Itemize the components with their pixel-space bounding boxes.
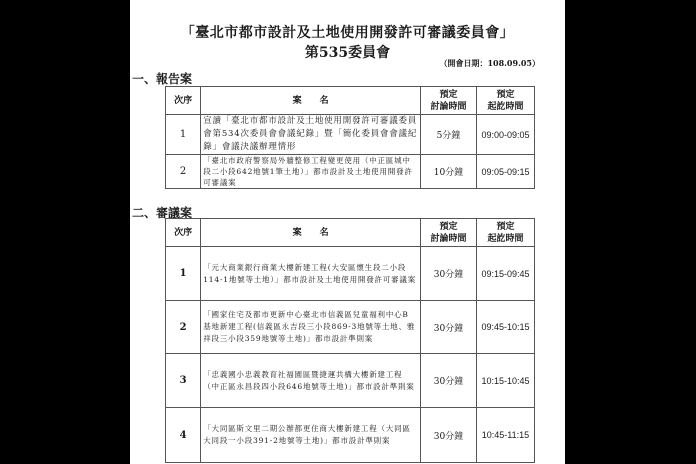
header-name: 案 名 <box>201 87 421 115</box>
row-duration: 30分鐘 <box>420 301 476 354</box>
row-name: 宣讀「臺北市都市設計及土地使用開發許可審議委員會第534次委員會會議紀錄」暨「簡… <box>201 115 421 155</box>
row-no: 3 <box>166 354 201 408</box>
row-duration: 30分鐘 <box>420 354 476 408</box>
table-row: 1 「元大商業銀行商業大樓新建工程(大安區懷生段二小段114-1地號等土地）」都… <box>166 247 535 301</box>
meeting-date: （開會日期：108.09.05） <box>439 58 540 69</box>
row-time: 09:00-09:05 <box>476 115 534 155</box>
row-name: 「忠義國小忠義教育社福園區暨捷運共構大樓新建工程（中正區永昌段四小段646地號等… <box>201 354 421 408</box>
row-time: 10:45-11:15 <box>476 408 534 463</box>
row-name: 「大同區斯文里二期公辦都更住商大樓新建工程（大同區大同段一小段391-2地號等土… <box>201 408 421 463</box>
document-page: 「臺北市都市設計及土地使用開發許可審議委員會」 第535委員會 （開會日期：10… <box>130 0 565 464</box>
row-time: 09:05-09:15 <box>476 155 534 189</box>
row-name: 「國家住宅及都市更新中心臺北市信義區兒童福利中心B 基地新建工程(信義區永吉段三… <box>201 301 421 354</box>
table-header-row: 次序 案 名 預定討論時間 預定起訖時間 <box>166 219 535 247</box>
row-no: 2 <box>166 301 201 354</box>
table-row: 2 「臺北市政府警察局外牆整修工程變更使用（中正區城中段二小段642地號1筆土地… <box>166 155 535 189</box>
reviews-table: 次序 案 名 預定討論時間 預定起訖時間 1 「元大商業銀行商業大樓新建工程(大… <box>165 218 535 463</box>
row-name: 「元大商業銀行商業大樓新建工程(大安區懷生段二小段114-1地號等土地）」都市設… <box>201 247 421 301</box>
header-name: 案 名 <box>201 219 421 247</box>
header-no: 次序 <box>166 87 201 115</box>
row-no: 4 <box>166 408 201 463</box>
section-heading-reports: 一、報告案 <box>132 70 192 87</box>
header-duration: 預定討論時間 <box>420 87 476 115</box>
row-name: 「臺北市政府警察局外牆整修工程變更使用（中正區城中段二小段642地號1筆土地）」… <box>201 155 421 189</box>
document-title: 「臺北市都市設計及土地使用開發許可審議委員會」 <box>130 22 565 42</box>
header-duration: 預定討論時間 <box>420 219 476 247</box>
row-time: 09:45-10:15 <box>476 301 534 354</box>
row-no: 1 <box>166 247 201 301</box>
header-no: 次序 <box>166 219 201 247</box>
row-duration: 5分鐘 <box>420 115 476 155</box>
row-time: 09:15-09:45 <box>476 247 534 301</box>
row-duration: 30分鐘 <box>420 408 476 463</box>
row-duration: 10分鐘 <box>420 155 476 189</box>
header-time: 預定起訖時間 <box>476 219 534 247</box>
table-row: 1 宣讀「臺北市都市設計及土地使用開發許可審議委員會第534次委員會會議紀錄」暨… <box>166 115 535 155</box>
row-no: 2 <box>166 155 201 189</box>
table-row: 3 「忠義國小忠義教育社福園區暨捷運共構大樓新建工程（中正區永昌段四小段646地… <box>166 354 535 408</box>
row-duration: 30分鐘 <box>420 247 476 301</box>
row-no: 1 <box>166 115 201 155</box>
table-row: 2 「國家住宅及都市更新中心臺北市信義區兒童福利中心B 基地新建工程(信義區永吉… <box>166 301 535 354</box>
header-time: 預定起訖時間 <box>476 87 534 115</box>
table-row: 4 「大同區斯文里二期公辦都更住商大樓新建工程（大同區大同段一小段391-2地號… <box>166 408 535 463</box>
table-header-row: 次序 案 名 預定討論時間 預定起訖時間 <box>166 87 535 115</box>
reports-table: 次序 案 名 預定討論時間 預定起訖時間 1 宣讀「臺北市都市設計及土地使用開發… <box>165 86 535 189</box>
row-time: 10:15-10:45 <box>476 354 534 408</box>
